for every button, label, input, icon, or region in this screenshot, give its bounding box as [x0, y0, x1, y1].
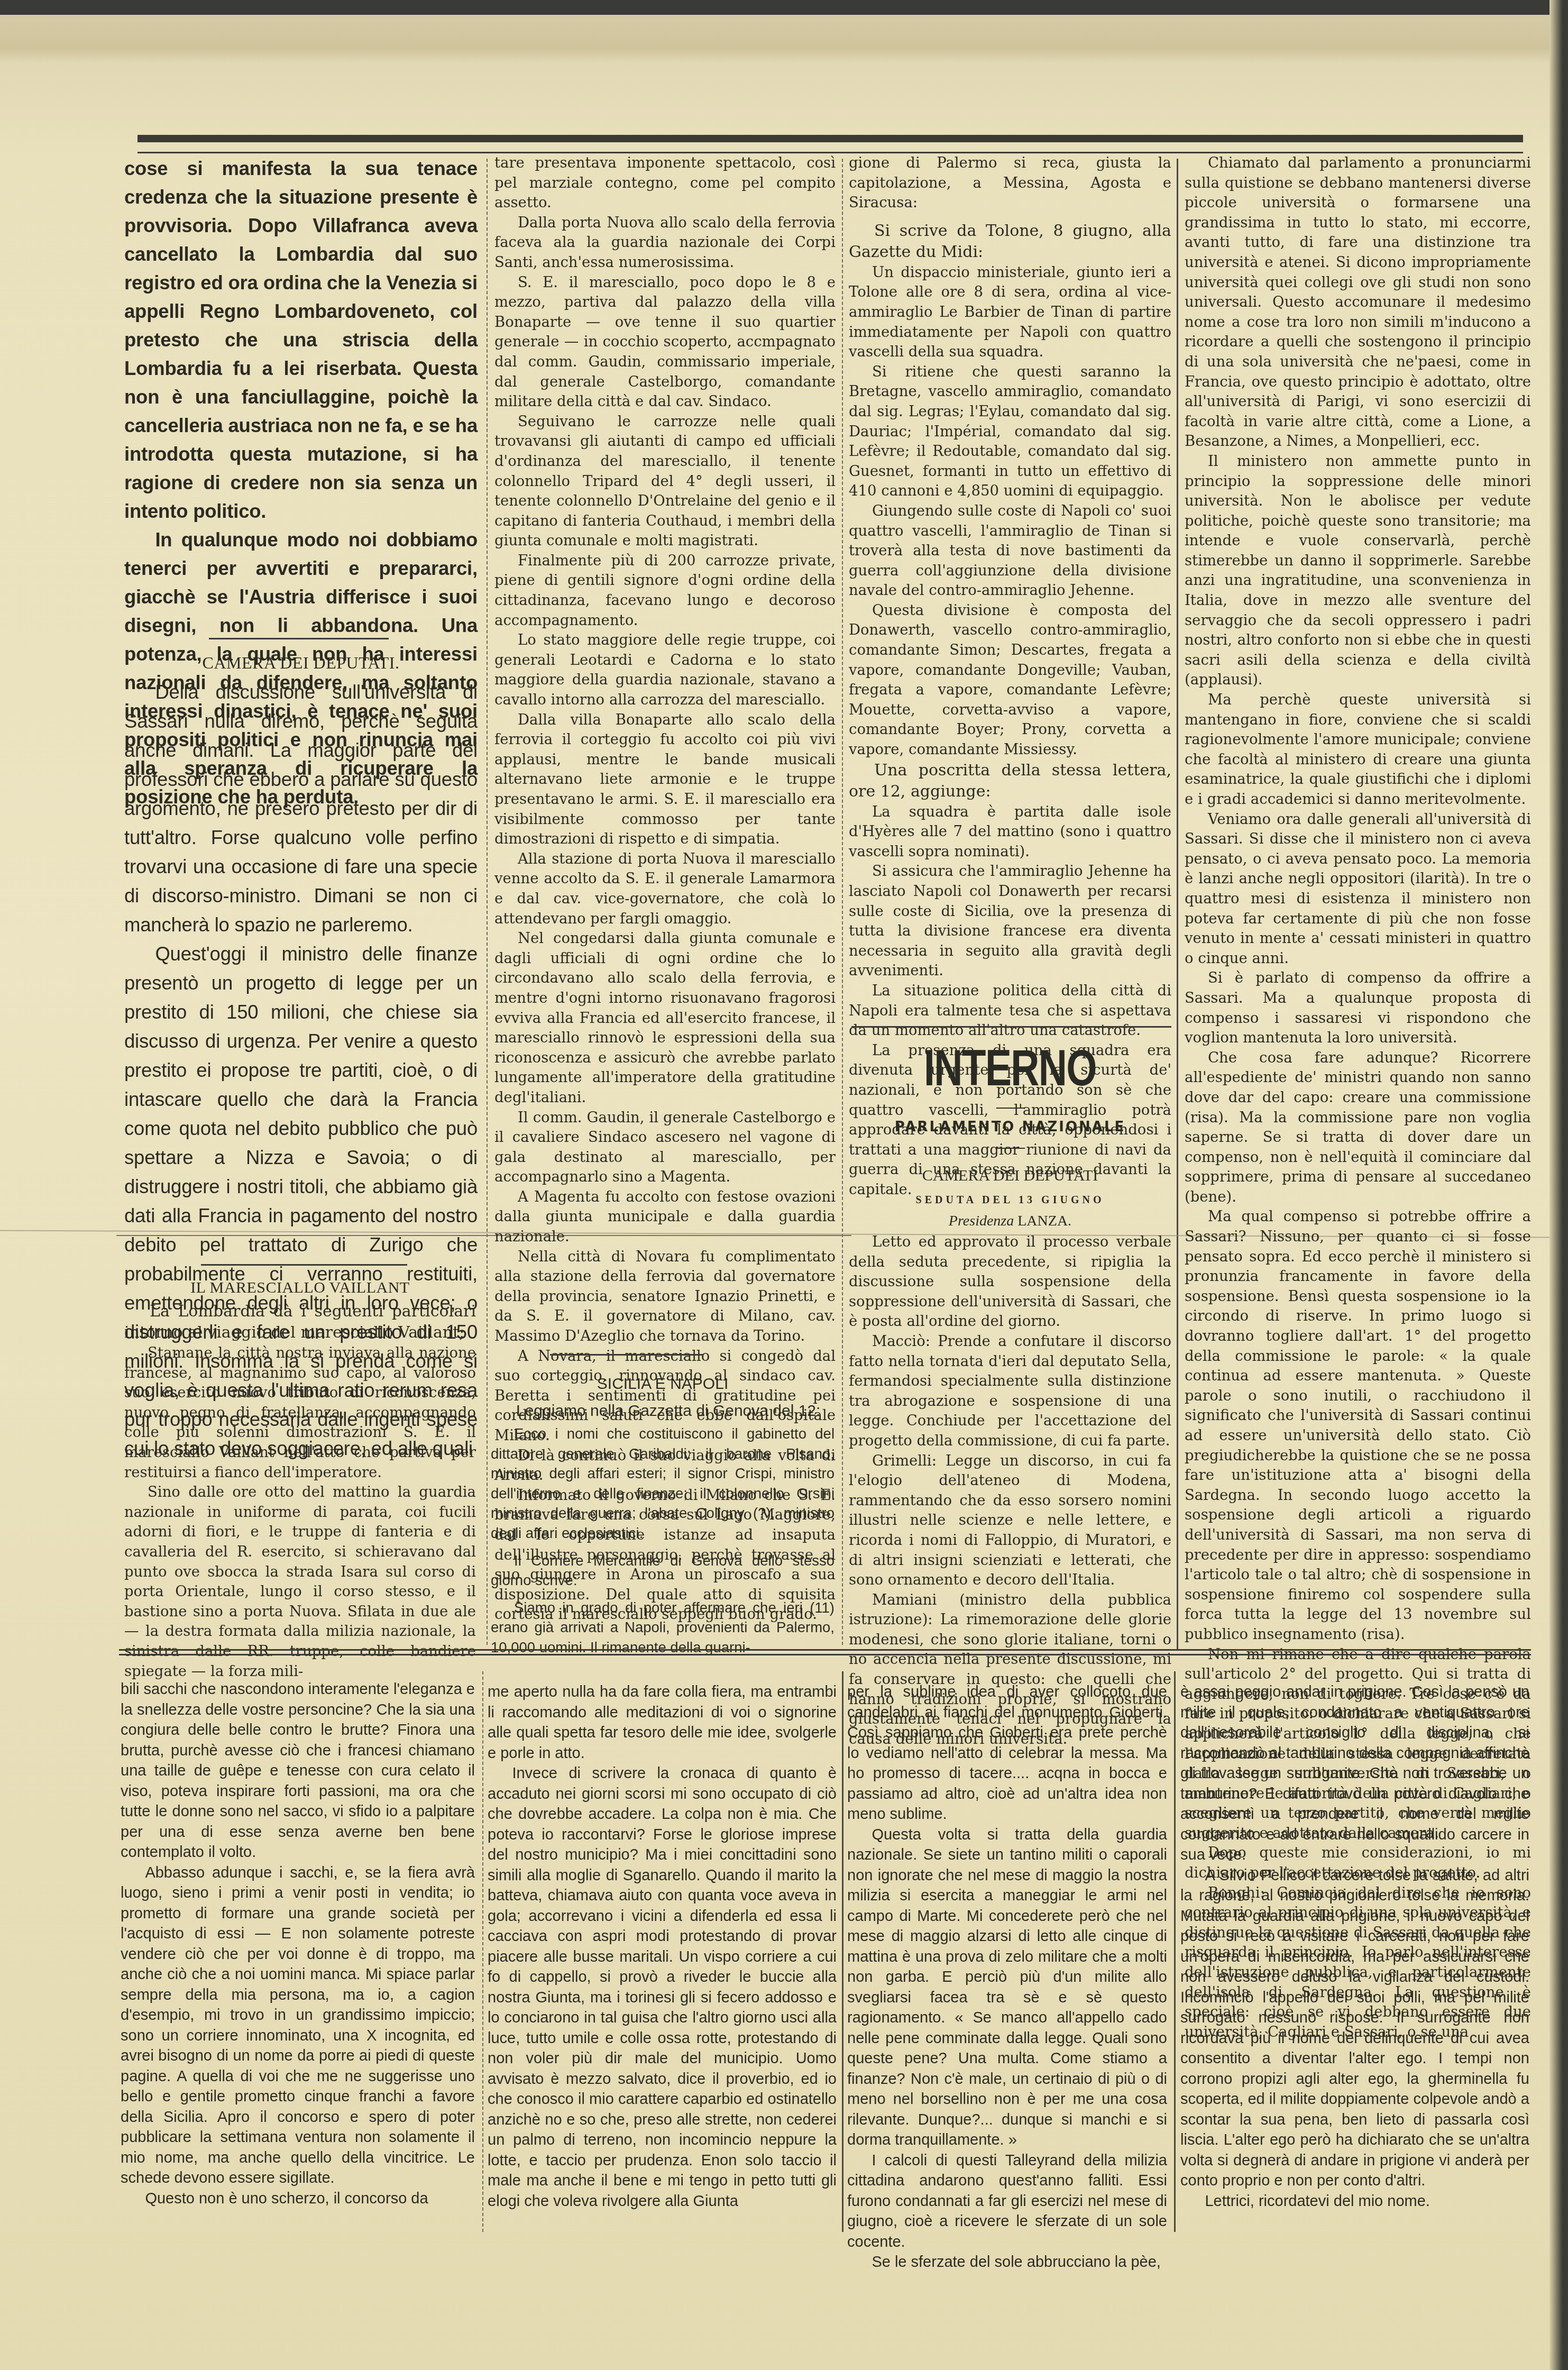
- column-divider: [487, 159, 488, 1645]
- article-paragraph: Nel congedarsi dalla giunta comunale e d…: [494, 929, 836, 1108]
- column-divider: [482, 1671, 483, 2232]
- article-paragraph: Ecco i nomi che costituiscono il gabinet…: [491, 1424, 835, 1543]
- article-intro: La Lombardia dà i seguenti particolari i…: [124, 1301, 476, 1343]
- presidency-name: LANZA.: [1017, 1213, 1071, 1229]
- article-paragraph: Ma qual compenso si potrebbe offrire a S…: [1185, 1207, 1531, 1644]
- column-divider: [842, 159, 843, 1645]
- section-heading: SICILIA E NAPOLI: [491, 1370, 835, 1398]
- article-paragraph: Che cosa fare adunque? Ricorrere all'esp…: [1185, 1048, 1531, 1207]
- article-paragraph: Una poscritta della stessa lettera, ore …: [849, 760, 1171, 802]
- article-paragraph: Della discussione sull'università di Sas…: [124, 678, 478, 939]
- feuilleton-paragraph: Se le sferzate del sole abbrucciano la p…: [847, 2252, 1167, 2273]
- section-rule: [550, 1354, 703, 1356]
- presidency: Presidenza LANZA.: [849, 1210, 1171, 1233]
- lower-column-2: me aperto nulla ha da fare colla fiera, …: [488, 1682, 837, 2211]
- article-paragraph: Giungendo sulle coste di Napoli co' suoi…: [849, 501, 1171, 601]
- article-paragraph: S. E. il maresciallo, poco dopo le 8 e m…: [494, 273, 836, 412]
- section-heading: IL MARESCIALLO VAILLANT: [124, 1275, 476, 1301]
- paper-fold-shadow: [0, 15, 1549, 62]
- feuilleton-paragraph: bili sacchi che nascondono interamente l…: [121, 1679, 475, 1863]
- column-divider: [1174, 1671, 1176, 2232]
- feuilleton-paragraph: Questa volta si tratta della guardia naz…: [847, 1825, 1167, 2151]
- article-paragraph: Nella città di Novara fu complimentato a…: [494, 1247, 836, 1347]
- chamber-heading: CAMERA DEI DEPUTATI: [849, 1161, 1171, 1191]
- article-paragraph: Ma perchè queste università si mantengan…: [1185, 690, 1531, 810]
- article-paragraph: tare presentava imponente spettacolo, co…: [494, 153, 836, 213]
- lower-column-1: bili sacchi che nascondono interamente l…: [121, 1679, 475, 2209]
- lower-column-3: per la sublime idea di aver collocoto du…: [847, 1682, 1167, 2273]
- article-paragraph: Dalla villa Bonaparte allo scalo della f…: [494, 710, 836, 849]
- article-paragraph: Questa divisione è composta del Donawert…: [849, 601, 1171, 760]
- article-paragraph: Si assicura che l'ammiraglio Jehenne ha …: [849, 862, 1171, 981]
- parlamento-heading: PARLAMENTO NAZIONALE: [849, 1117, 1171, 1138]
- column-divider: [1177, 159, 1178, 1650]
- article-paragraph: Alla stazione di porta Nuova il marescia…: [494, 849, 836, 929]
- feuilleton-paragraph: I calcoli di questi Talleyrand della mil…: [847, 2151, 1167, 2253]
- section-heading: CAMERA DEI DEPUTATI.: [124, 648, 478, 678]
- feuilleton-paragraph: Lettrici, ricordatevi del mio nome.: [1180, 2191, 1529, 2212]
- vaillant-section: IL MARESCIALLO VAILLANT La Lombardia dà …: [124, 1275, 476, 1681]
- interno-proceedings: Letto ed approvato il processo verbale d…: [849, 1232, 1171, 1749]
- section-rule: [851, 1026, 1171, 1028]
- separator: ——: [849, 1138, 1171, 1157]
- article-paragraph: Letto ed approvato il processo verbale d…: [849, 1232, 1171, 1332]
- article-paragraph: gione di Palermo si reca, giusta la capi…: [849, 153, 1171, 213]
- feuilleton-paragraph: è assai peggio andar in prigione. Così l…: [1180, 1682, 1529, 1865]
- article-paragraph: Il comm. Gaudin, il generale Castelborgo…: [494, 1108, 836, 1187]
- article-paragraph: Si è parlato di compenso da offrire a Sa…: [1185, 968, 1531, 1048]
- article-paragraph: A Magenta fu accolto con festose ovazion…: [494, 1187, 836, 1247]
- article-paragraph: Siamo in grado di poter affermare che ie…: [491, 1598, 835, 1658]
- separator: ——: [849, 1097, 1171, 1117]
- article-paragraph: Un dispaccio ministeriale, giunto ieri a…: [849, 263, 1171, 362]
- session-date: SEDUTA DEL 13 GIUGNO: [849, 1191, 1171, 1210]
- article-paragraph: Grimelli: Legge un discorso, in cui fa l…: [849, 1451, 1171, 1590]
- lower-column-4: è assai peggio andar in prigione. Così l…: [1180, 1682, 1529, 2211]
- sicilia-napoli-section: SICILIA E NAPOLI Leggiamo nella Gazzetta…: [491, 1370, 835, 1658]
- article-paragraph: Seguivano le carrozze nelle quali trovav…: [494, 412, 836, 551]
- article-paragraph: Veniamo ora dalle generali all'universit…: [1185, 810, 1531, 969]
- feuilleton-paragraph: Questo non è uno scherzo, il concorso da: [121, 2189, 475, 2209]
- interno-masthead: INTERNO —— PARLAMENTO NAZIONALE —— CAMER…: [849, 1039, 1171, 1233]
- article-paragraph: La situazione politica della città di Na…: [849, 981, 1171, 1041]
- article-paragraph: Il Corriere Mercantile di Genova dello s…: [491, 1551, 835, 1590]
- feuilleton-paragraph: Invece di scrivere la cronaca di quanto …: [488, 1763, 837, 2211]
- article-paragraph: Macciò: Prende a confutare il discorso f…: [849, 1332, 1171, 1451]
- feuilleton-separator: [119, 1649, 1531, 1655]
- article-paragraph: Lo stato maggiore delle regie truppe, co…: [494, 630, 836, 710]
- article-intro: Leggiamo nella Gazzetta di Genova del 12…: [491, 1398, 835, 1424]
- article-paragraph: Chiamato dal parlamento a pronunciarmi s…: [1185, 153, 1531, 452]
- article-paragraph: Si ritiene che questi saranno la Bretagn…: [849, 362, 1171, 501]
- article-paragraph: Dalla porta Nuova allo scalo della ferro…: [494, 213, 836, 273]
- column-divider: [842, 1671, 843, 2232]
- feuilleton-paragraph: me aperto nulla ha da fare colla fiera, …: [488, 1682, 837, 1763]
- article-paragraph: Si scrive da Tolone, 8 giugno, alla Gaze…: [849, 221, 1171, 263]
- article-paragraph: La squadra è partita dalle isole d'Hyère…: [849, 802, 1171, 862]
- interno-title: INTERNO: [884, 1039, 1136, 1097]
- article-paragraph: cose si manifesta la sua tenace credenza…: [124, 154, 478, 526]
- article-paragraph: Finalmente più di 200 carrozze private, …: [494, 551, 836, 630]
- feuilleton-paragraph: A Silvio Pellico il carcere tolse la sal…: [1180, 1865, 1529, 2191]
- presidency-label: Presidenza: [949, 1213, 1014, 1229]
- page-edge: [1549, 0, 1568, 2370]
- feuilleton-paragraph: Abbasso adunque i sacchi, e, se la fiera…: [121, 1863, 475, 2189]
- top-double-rule: [137, 135, 1523, 153]
- article-paragraph: Stamane la città nostra inviava alla naz…: [124, 1343, 476, 1483]
- article-paragraph: Il ministero non ammette punto in princi…: [1185, 452, 1531, 690]
- feuilleton-paragraph: per la sublime idea di aver collocoto du…: [847, 1682, 1167, 1825]
- section-rule: [209, 638, 389, 639]
- section-rule: [201, 1264, 407, 1266]
